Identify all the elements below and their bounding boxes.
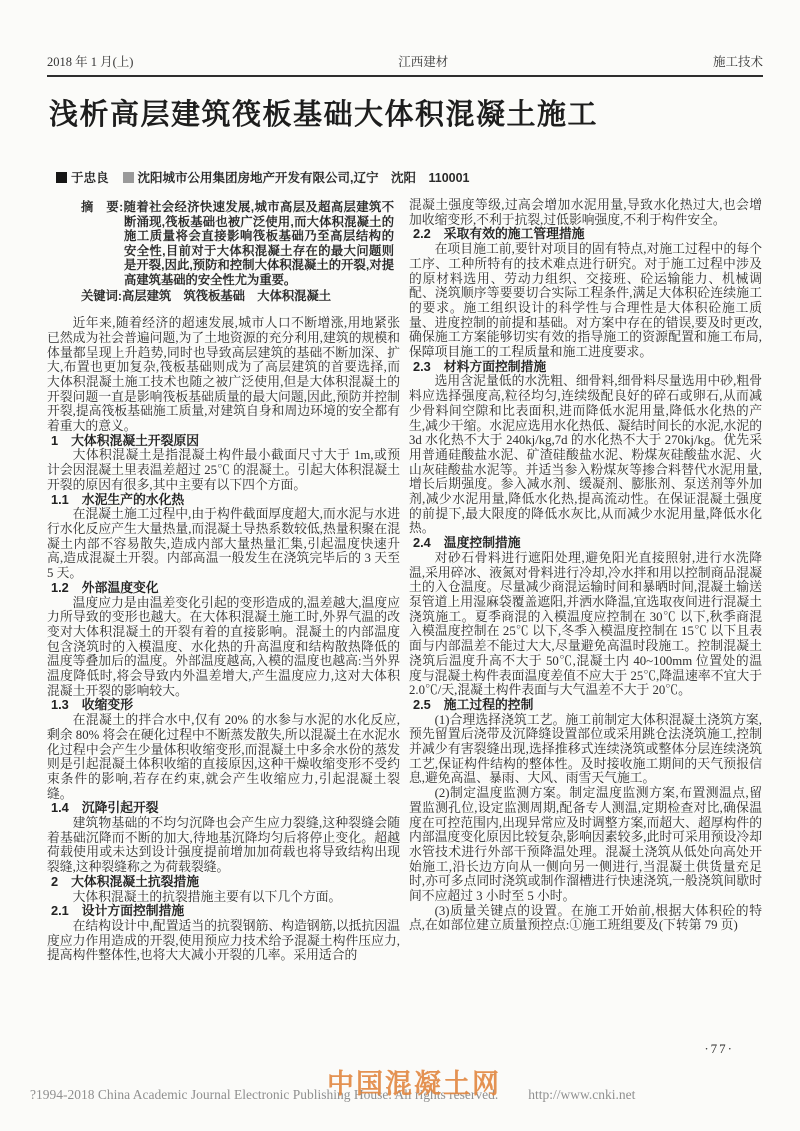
- body-paragraph: 在混凝土施工过程中,由于构件截面厚度超大,而水泥与水进行水化反应产生大量热量,而…: [47, 507, 400, 581]
- section-number: 2: [51, 875, 58, 890]
- journal-name: 江西建材: [398, 52, 448, 70]
- running-head: 2018 年 1 月(上) 江西建材 施工技术: [47, 52, 763, 70]
- section-heading: 1.2外部温度变化: [47, 581, 400, 596]
- body-paragraph: 大体积混凝土的抗裂措施主要有以下几个方面。: [47, 890, 400, 905]
- section-number: 1: [51, 434, 58, 449]
- section-number: 2.2: [413, 227, 431, 242]
- page-title: 浅析高层建筑筏板基础大体积混凝土施工: [49, 92, 763, 133]
- body-paragraph: 在项目施工前,要针对项目的固有特点,对施工过程中的每个工序、工种所特有的技术难点…: [409, 242, 762, 360]
- section-heading: 2大体积混凝土抗裂措施: [47, 875, 400, 890]
- section-heading: 1.3收缩变形: [47, 698, 400, 713]
- section-title: 采取有效的施工管理措施: [444, 227, 585, 242]
- keywords-label: 关键词:: [81, 289, 122, 303]
- section-heading: 2.1设计方面控制措施: [47, 904, 400, 919]
- section-number: 2.5: [413, 698, 431, 713]
- section-heading: 1.1水泥生产的水化热: [47, 493, 400, 508]
- body-paragraph: (1)合理选择浇筑工艺。施工前制定大体积混凝土浇筑方案,预先留置后浇带及沉降缝设…: [409, 713, 762, 787]
- section-heading: 2.2采取有效的施工管理措施: [409, 227, 762, 242]
- section-number: 1.1: [51, 493, 69, 508]
- section-number: 2.3: [413, 360, 431, 375]
- watermark-logo: 中国混凝土网: [327, 1062, 501, 1101]
- issue-date: 2018 年 1 月(上): [47, 52, 133, 70]
- section-title: 收缩变形: [82, 698, 133, 713]
- section-heading: 1大体积混凝土开裂原因: [47, 434, 400, 449]
- body-paragraph: (3)质量关键点的设置。在施工开始前,根据大体积砼的特点,在如部位建立质量预控点…: [409, 904, 762, 933]
- keywords-line: 关键词:高层建筑 筑筏板基础 大体积混凝土: [81, 289, 394, 304]
- abstract-label: 摘 要:: [81, 200, 123, 214]
- section-name: 施工技术: [713, 52, 763, 70]
- author-square-icon: [56, 172, 67, 183]
- body-paragraph: 建筑物基础的不均匀沉降也会产生应力裂缝,这种裂缝会随着基础沉降而不断的加大,待地…: [47, 816, 400, 875]
- body-paragraph: 温度应力是由温差变化引起的变形造成的,温差越大,温度应力所导致的变形也越大。在大…: [47, 596, 400, 699]
- body-columns: 摘 要:随着社会经济快速发展,城市高层及超高层建筑不断涌现,筏板基础也被广泛使用…: [47, 198, 763, 963]
- body-paragraph: 近年来,随着经济的超速发展,城市人口不断增涨,用地紧张已然成为社会普遍问题,为了…: [47, 316, 400, 434]
- author-name: 于忠良: [56, 168, 109, 186]
- left-column: 摘 要:随着社会经济快速发展,城市高层及超高层建筑不断涌现,筏板基础也被广泛使用…: [47, 198, 400, 963]
- body-paragraph: 在混凝土的拌合水中,仅有 20% 的水参与水泥的水化反应,剩余 80% 将会在硬…: [47, 713, 400, 801]
- abstract-paragraph: 摘 要:随着社会经济快速发展,城市高层及超高层建筑不断涌现,筏板基础也被广泛使用…: [81, 200, 394, 288]
- body-paragraph: 混凝土强度等级,过高会增加水泥用量,导致水化热过大,也会增加收缩变形,不利于抗裂…: [409, 198, 762, 227]
- affiliation-square-icon: [123, 172, 134, 183]
- body-paragraph: 大体积混凝土是指混凝土构件最小截面尺寸大于 1m,或预计会因混凝土里表温差超过 …: [47, 448, 400, 492]
- section-title: 材料方面控制措施: [444, 360, 546, 375]
- abstract-block: 摘 要:随着社会经济快速发展,城市高层及超高层建筑不断涌现,筏板基础也被广泛使用…: [81, 200, 394, 303]
- abstract-text: 随着社会经济快速发展,城市高层及超高层建筑不断涌现,筏板基础也被广泛使用,而大体…: [123, 200, 394, 287]
- right-column-flow: 混凝土强度等级,过高会增加水泥用量,导致水化热过大,也会增加收缩变形,不利于抗裂…: [409, 198, 762, 933]
- section-title: 水泥生产的水化热: [82, 493, 184, 508]
- section-title: 设计方面控制措施: [82, 904, 184, 919]
- journal-page: 2018 年 1 月(上) 江西建材 施工技术 浅析高层建筑筏板基础大体积混凝土…: [0, 0, 800, 1131]
- section-number: 1.4: [51, 801, 69, 816]
- section-heading: 2.3材料方面控制措施: [409, 360, 762, 375]
- header-rule: [47, 75, 763, 77]
- section-title: 外部温度变化: [82, 581, 159, 596]
- section-title: 大体积混凝土抗裂措施: [71, 875, 199, 890]
- body-paragraph: 在结构设计中,配置适当的抗裂钢筋、构造钢筋,以抵抗因温度应力作用造成的开裂,使用…: [47, 919, 400, 963]
- section-title: 沉降引起开裂: [82, 801, 159, 816]
- section-heading: 2.4温度控制措施: [409, 536, 762, 551]
- section-title: 温度控制措施: [444, 536, 521, 551]
- section-number: 2.1: [51, 904, 69, 919]
- section-heading: 1.4沉降引起开裂: [47, 801, 400, 816]
- section-number: 2.4: [413, 536, 431, 551]
- body-paragraph: 选用含泥量低的水洗粗、细骨料,细骨料尽量选用中砂,粗骨料应选择强度高,粒径均匀,…: [409, 374, 762, 536]
- right-column: 混凝土强度等级,过高会增加水泥用量,导致水化热过大,也会增加收缩变形,不利于抗裂…: [409, 198, 762, 963]
- body-paragraph: (2)制定温度监测方案。制定温度监测方案,布置测温点,留置监测孔位,设定监测周期…: [409, 786, 762, 904]
- section-number: 1.2: [51, 581, 69, 596]
- footer-url: http://www.cnki.net: [528, 1087, 635, 1103]
- section-title: 大体积混凝土开裂原因: [71, 434, 199, 449]
- author-affiliation: 沈阳城市公用集团房地产开发有限公司,辽宁 沈阳 110001: [123, 168, 470, 186]
- body-paragraph: 对砂石骨料进行遮阳处理,避免阳光直接照射,进行水洗降温,采用碎冰、液氮对骨料进行…: [409, 551, 762, 698]
- left-column-flow: 近年来,随着经济的超速发展,城市人口不断增涨,用地紧张已然成为社会普遍问题,为了…: [47, 316, 400, 963]
- section-title: 施工过程的控制: [444, 698, 534, 713]
- section-heading: 2.5施工过程的控制: [409, 698, 762, 713]
- keywords-text: 高层建筑 筑筏板基础 大体积混凝土: [122, 289, 331, 303]
- page-number: ·77·: [704, 1041, 734, 1057]
- author-line: 于忠良 沈阳城市公用集团房地产开发有限公司,辽宁 沈阳 110001: [56, 168, 763, 186]
- section-number: 1.3: [51, 698, 69, 713]
